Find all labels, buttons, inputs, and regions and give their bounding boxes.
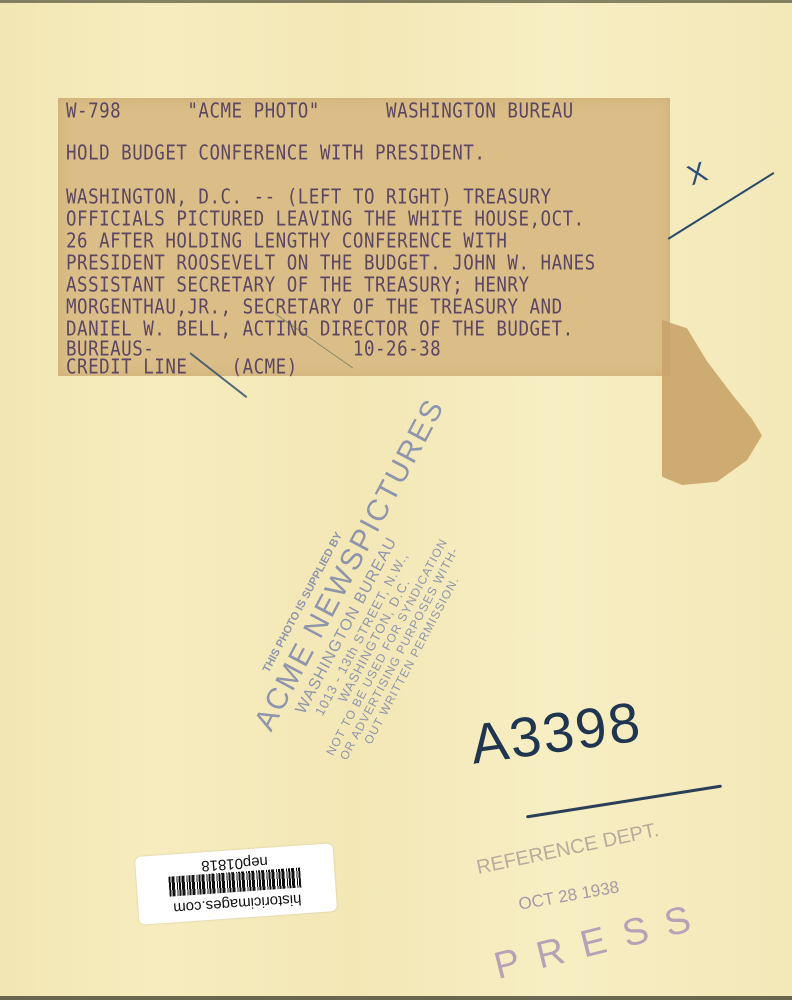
caption-headline: HOLD BUDGET CONFERENCE WITH PRESIDENT. [66,142,485,165]
caption-credit-line: CREDIT LINE (ACME) [66,356,298,379]
caption-body-line: MORGENTHAU,JR., SECRETARY OF THE TREASUR… [66,296,563,319]
photo-top-edge [0,0,792,3]
label-site: historicimages.com [138,888,337,919]
caption-body-line: OFFICIALS PICTURED LEAVING THE WHITE HOU… [66,208,585,231]
pen-x-mark: X [683,156,712,192]
date-stamp: OCT 28 1938 [517,877,621,914]
caption-body-line: WASHINGTON, D.C. -- (LEFT TO RIGHT) TREA… [66,186,552,209]
caption-body-line: 26 AFTER HOLDING LENGTHY CONFERENCE WITH [66,230,507,253]
caption-slip: W-798 "ACME PHOTO" WASHINGTON BUREAU HOL… [58,98,670,376]
acme-ownership-stamp: THIS PHOTO IS SUPPLIED BY ACME NEWSPICTU… [237,485,624,855]
photo-bottom-edge [0,996,792,1000]
caption-body-line: PRESIDENT ROOSEVELT ON THE BUDGET. JOHN … [66,252,596,275]
handwritten-underline [526,785,722,819]
caption-header: W-798 "ACME PHOTO" WASHINGTON BUREAU [66,100,574,123]
barcode-label: nep01818 historicimages.com [135,843,337,925]
caption-body-line: ASSISTANT SECRETARY OF THE TREASURY; HEN… [66,274,530,297]
pen-stroke [667,172,774,240]
stain [662,320,762,485]
